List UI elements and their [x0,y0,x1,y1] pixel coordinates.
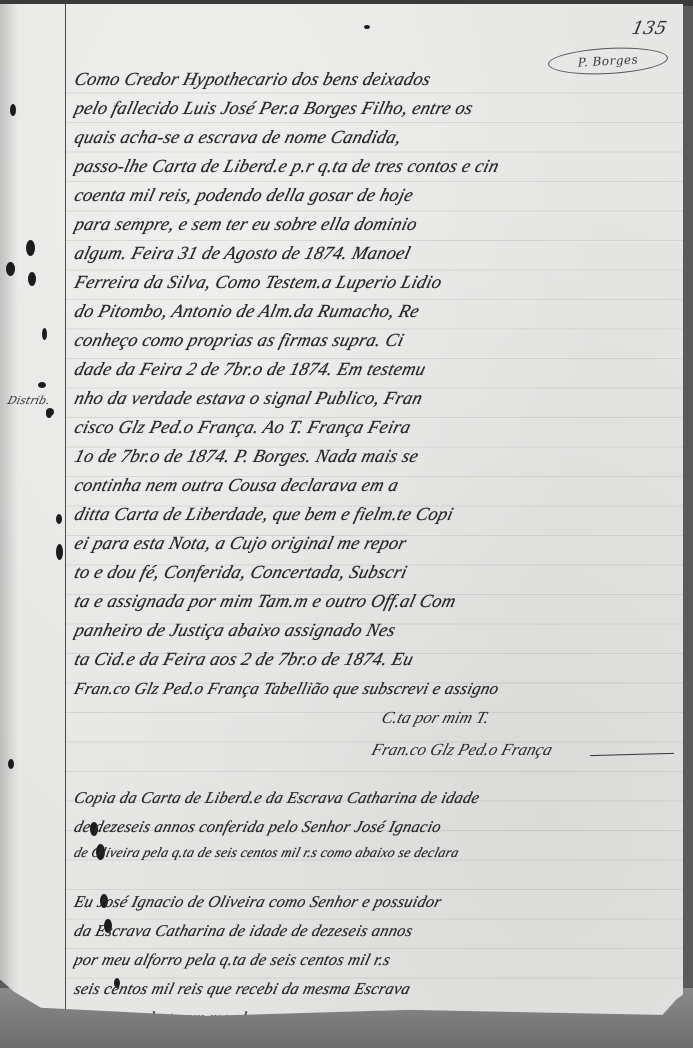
ink-blot-icon [6,262,15,276]
ink-blot-icon [56,544,63,560]
text-line: panheiro de Justiça abaixo assignado Nes [72,621,677,642]
signature-attestation: C.ta por mim T. [379,708,492,728]
text-line: dade da Feira 2 de 7br.o de 1874. Em tes… [72,360,677,381]
text-line: seis centos mil reis que recebi da mesma… [72,979,677,999]
text-line: Eu José Ignacio de Oliveira como Senhor … [72,892,677,912]
manuscript-page: 135 P. Borges Distrib. Como Credor Hypot… [0,4,683,1020]
text-line: de Oliveira pela q.ta de seis centos mil… [72,846,676,862]
ink-blot-icon [10,104,16,116]
scanned-document-viewer: 135 P. Borges Distrib. Como Credor Hypot… [0,0,693,1048]
text-line: cisco Glz Ped.o França. Ao T. França Fei… [72,418,677,439]
ink-blot-icon [56,514,62,524]
text-line: quais acha-se a escrava de nome Candida, [72,128,677,149]
page-number: 135 [630,18,669,39]
ink-blot-icon [8,759,14,769]
text-line: pelo fallecido Luis José Per.a Borges Fi… [72,99,677,120]
ink-blot-icon [42,328,47,340]
text-line: ei para esta Nota, a Cujo original me re… [72,534,677,555]
text-line: Ferreira da Silva, Como Testem.a Luperio… [72,273,677,294]
signature-tabelliao: Fran.co Glz Ped.o França [369,740,555,760]
text-line: Como Credor Hypothecario dos bens deixad… [72,70,677,91]
text-line: algum. Feira 31 de Agosto de 1874. Manoe… [72,244,677,265]
margin-rule [65,4,66,1020]
text-line: ta e assignada por mim Tam.m e outro Off… [72,592,677,613]
text-line: ta Cid.e da Feira aos 2 de 7br.o de 1874… [72,650,677,671]
ink-blot-icon [38,382,46,388]
text-line: coenta mil reis, podendo della gosar de … [72,186,677,207]
text-line: Copia da Carta de Liberd.e da Escrava Ca… [72,788,677,808]
text-line: continha nem outra Cousa declarava em a [72,476,677,497]
text-line: da Escrava Catharina de idade de dezesei… [72,921,677,941]
text-line: Fran.co Glz Ped.o França Tabellião que s… [72,679,677,699]
text-line: 1o de 7br.o de 1874. P. Borges. Nada mai… [72,447,677,468]
text-line: to e dou fé, Conferida, Concertada, Subs… [72,563,677,584]
ink-blot-icon [28,272,36,286]
text-line: conheço como proprias as firmas supra. C… [72,331,677,352]
ink-blot-icon [46,410,52,418]
page-edge-shadow [0,4,18,1020]
text-line: por meu alforro pela q.ta de seis centos… [72,950,677,970]
margin-note: Distrib. [6,394,51,407]
text-line: para sempre, e sem ter eu sobre ella dom… [72,215,677,236]
ink-blot-icon [364,25,370,29]
text-line: passo-lhe Carta de Liberd.e p.r q.ta de … [72,157,677,178]
text-line: do Pitombo, Antonio de Alm.da Rumacho, R… [72,302,677,323]
text-line: ditta Carta de Liberdade, que bem e fiel… [72,505,677,526]
text-line: nho da verdade estava o signal Publico, … [72,389,677,410]
ink-blot-icon [26,240,35,256]
text-line: de dezeseis annos conferida pelo Senhor … [72,817,677,837]
text-line: ao passar desta em moeda corrente, e com… [72,1008,677,1020]
